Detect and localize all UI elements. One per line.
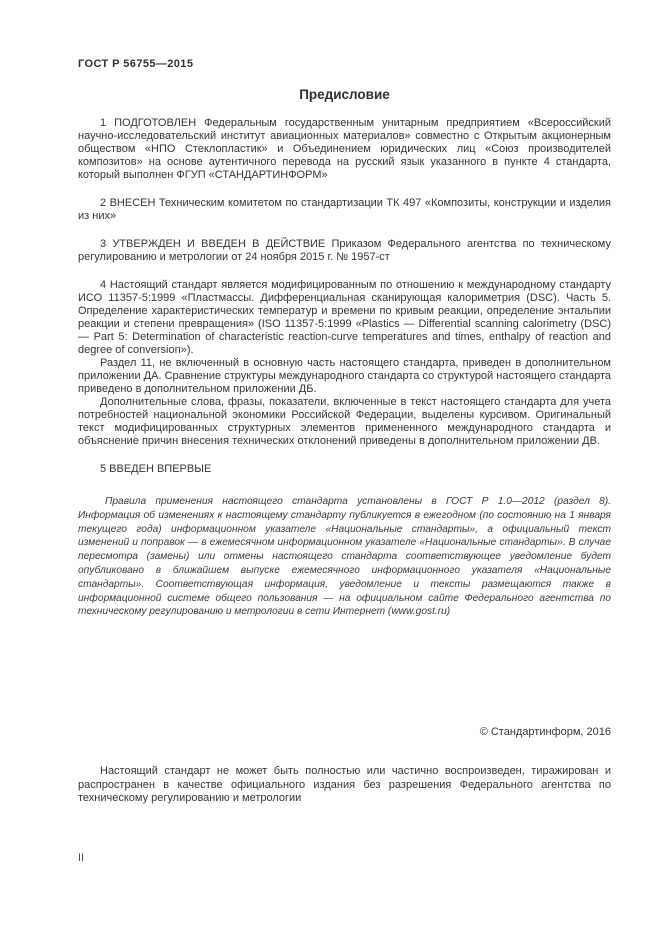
document-page: ГОСТ Р 56755—2015 Предисловие 1 ПОДГОТОВ… bbox=[0, 0, 661, 936]
page-content: ГОСТ Р 56755—2015 Предисловие 1 ПОДГОТОВ… bbox=[78, 58, 611, 619]
document-code: ГОСТ Р 56755—2015 bbox=[78, 58, 611, 70]
foreword-item-4-subparagraph-annexes: Раздел 11, не включенный в основную част… bbox=[78, 357, 611, 396]
foreword-item-3: 3 УТВЕРЖДЕН И ВВЕДЕН В ДЕЙСТВИЕ Приказом… bbox=[78, 238, 611, 264]
foreword-item-2: 2 ВНЕСЕН Техническим комитетом по станда… bbox=[78, 197, 611, 223]
foreword-item-4: 4 Настоящий стандарт является модифициро… bbox=[78, 279, 611, 357]
page-title: Предисловие bbox=[78, 87, 611, 102]
foreword-item-5: 5 ВВЕДЕН ВПЕРВЫЕ bbox=[78, 463, 611, 476]
application-rules-note: Правила применения настоящего стандарта … bbox=[78, 495, 611, 619]
reproduction-restriction: Настоящий стандарт не может быть полност… bbox=[78, 765, 611, 806]
foreword-item-1: 1 ПОДГОТОВЛЕН Федеральным государственны… bbox=[78, 117, 611, 182]
copyright-notice: © Стандартинформ, 2016 bbox=[480, 726, 611, 738]
foreword-item-4-subparagraph-italics: Дополнительные слова, фразы, показатели,… bbox=[78, 396, 611, 448]
page-number: II bbox=[78, 852, 84, 864]
